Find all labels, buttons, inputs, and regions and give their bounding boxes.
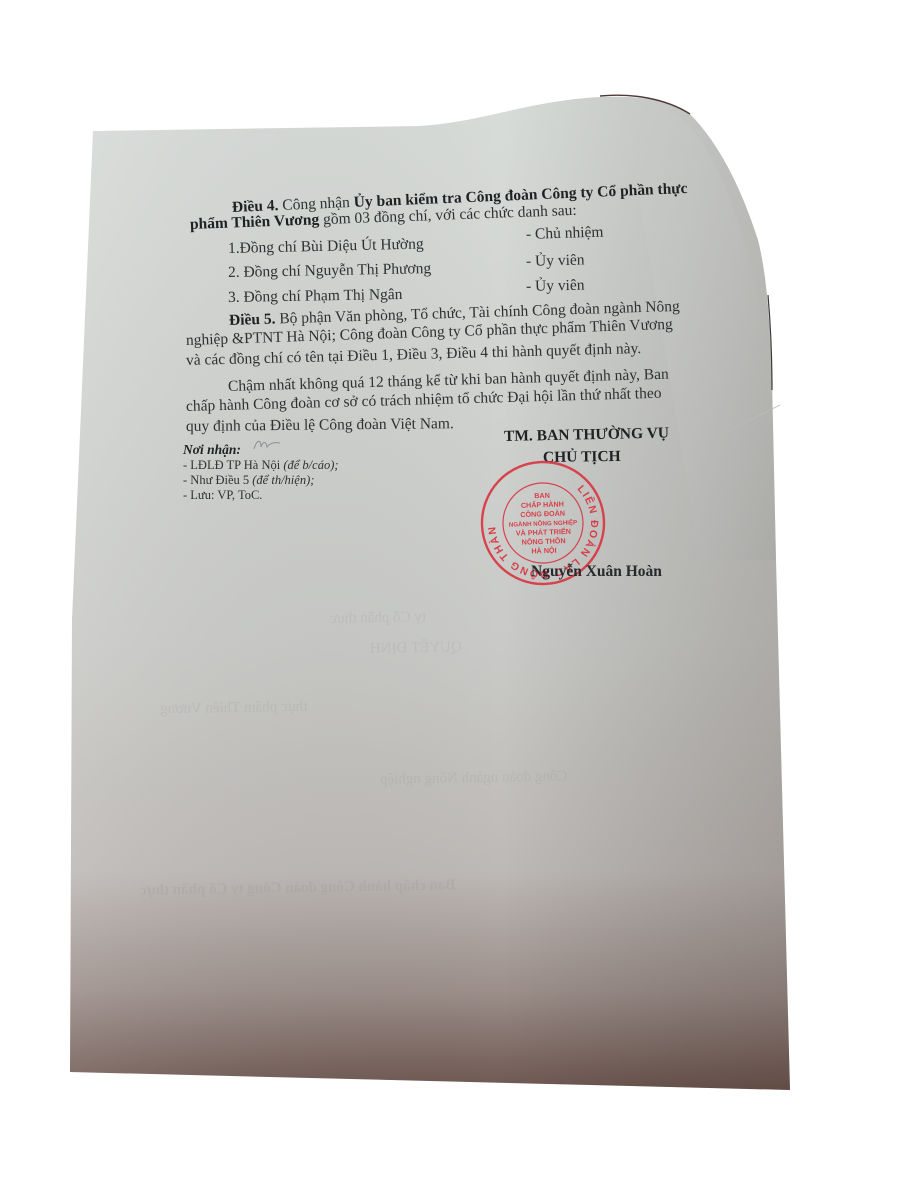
member-name: 3. Đồng chí Phạm Thị Ngân	[228, 286, 403, 307]
recipients-heading: Nơi nhận:	[183, 442, 241, 457]
bleed-through-text: Công đoàn ngành Nông nghiệp	[380, 768, 568, 788]
svg-text:CÔNG ĐOÀN: CÔNG ĐOÀN	[520, 509, 565, 520]
deadline-line3: quy định của Điều lệ Công đoàn Việt Nam.	[186, 415, 454, 436]
recipient-item: - LĐLĐ TP Hà Nội (để b/cáo);	[183, 458, 339, 473]
svg-text:HÀ NỘI: HÀ NỘI	[531, 546, 556, 556]
member-role: - Ủy viên	[526, 251, 585, 271]
recipient-item: - Như Điều 5 (để th/hiện);	[183, 473, 314, 488]
member-name: 1.Đồng chí Bùi Diệu Út Hường	[228, 236, 424, 258]
recipient-item: - Lưu: VP, ToC.	[183, 488, 262, 503]
bleed-through-text: thực phẩm Thiên Vương	[160, 699, 308, 719]
signature-title: TM. BAN THƯỜNG VỤ	[504, 425, 669, 446]
signer-name: Nguyễn Xuân Hoàn	[531, 563, 662, 581]
document-page: ty Cổ phần thực thực phẩm Thiên Vương Cô…	[0, 0, 900, 1200]
bleed-through-text: ty Cổ phần thực	[330, 609, 426, 628]
bleed-through-text: Ban chấp hành Công đoàn Công ty Cổ phần …	[140, 877, 456, 900]
svg-text:BAN: BAN	[534, 491, 550, 501]
initials-mark	[252, 437, 282, 453]
member-role: - Chủ nhiệm	[526, 224, 604, 244]
member-role: - Ủy viên	[526, 277, 585, 296]
bleed-through-text: QUYẾT ĐỊNH	[370, 639, 462, 658]
dieu5-label: Điều 5.	[229, 311, 276, 329]
member-name: 2. Đồng chí Nguyễn Thị Phương	[228, 260, 431, 282]
